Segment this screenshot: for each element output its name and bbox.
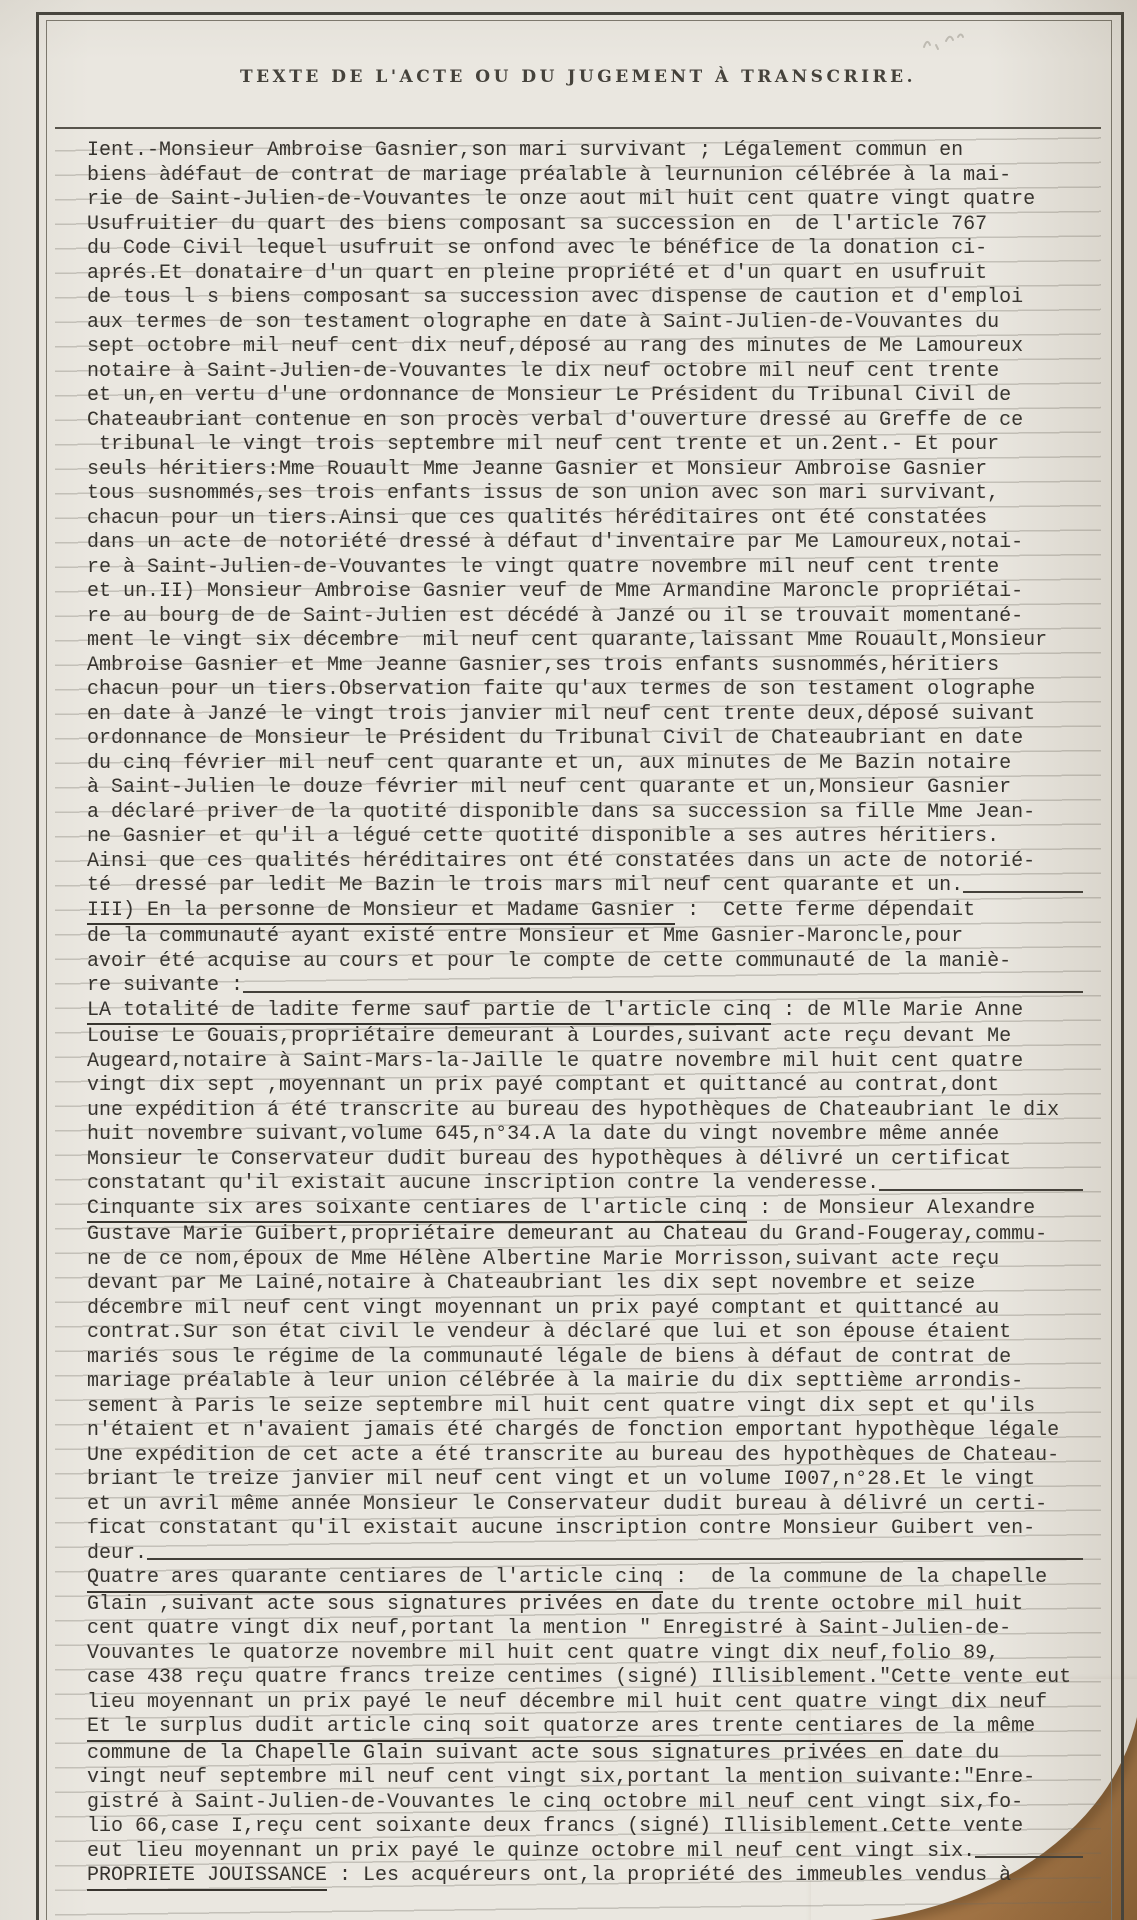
text-line: contrat.Sur son état civil le vendeur à … [87, 1321, 1083, 1346]
text-line: Quatre ares quarante centiares de l'arti… [87, 1566, 1083, 1593]
text-line: Ambroise Gasnier et Mme Jeanne Gasnier,s… [87, 654, 1083, 679]
text-line: biens àdéfaut de contrat de mariage préa… [87, 164, 1083, 189]
printed-frame-inner: TEXTE DE L'ACTE OU DU JUGEMENT À TRANSCR… [46, 20, 1112, 1920]
text-line: tribunal le vingt trois septembre mil ne… [87, 433, 1083, 458]
text-line: PROPRIETE JOUISSANCE : Les acquéreurs on… [87, 1864, 1083, 1891]
text-line: Chateaubriant contenue en son procès ver… [87, 409, 1083, 434]
text-line: de la communauté ayant existé entre Mons… [87, 925, 1083, 950]
text-line: Vouvantes le quatorze novembre mil huit … [87, 1642, 1083, 1667]
text-line: ne Gasnier et qu'il a légué cette quotit… [87, 825, 1083, 850]
text-line: sement à Paris le seize septembre mil hu… [87, 1395, 1083, 1420]
text-line: Usufruitier du quart des biens composant… [87, 213, 1083, 238]
text-line: à Saint-Julien le douze février mil neuf… [87, 776, 1083, 801]
text-line: et un.II) Monsieur Ambroise Gasnier veuf… [87, 580, 1083, 605]
text-line: tous susnommés,ses trois enfants issus d… [87, 482, 1083, 507]
text-line: mariage préalable à leur union célébrée … [87, 1370, 1083, 1395]
text-line: devant par Me Lainé,notaire à Chateaubri… [87, 1272, 1083, 1297]
text-line: gistré à Saint-Julien-de-Vouvantes le ci… [87, 1791, 1083, 1816]
text-line: vingt dix sept ,moyennant un prix payé c… [87, 1074, 1083, 1099]
text-line: aprés.Et donataire d'un quart en pleine … [87, 262, 1083, 287]
text-line: de tous l s biens composant sa successio… [87, 286, 1083, 311]
text-line: Ient.-Monsieur Ambroise Gasnier,son mari… [87, 139, 1083, 164]
text-line: Ainsi que ces qualités héréditaires ont … [87, 850, 1083, 875]
text-line: décembre mil neuf cent vingt moyennant u… [87, 1297, 1083, 1322]
text-body: Ient.-Monsieur Ambroise Gasnier,son mari… [55, 127, 1101, 1920]
text-line: seuls héritiers:Mme Rouault Mme Jeanne G… [87, 458, 1083, 483]
text-line: té dressé par ledit Me Bazin le trois ma… [87, 874, 1083, 899]
pencil-mark-icon [920, 29, 966, 60]
text-line: ne de ce nom,époux de Mme Hélène Alberti… [87, 1248, 1083, 1273]
text-line: Gustave Marie Guibert,propriétaire demeu… [87, 1223, 1083, 1248]
filler-rule [147, 1542, 1083, 1561]
text-line: mariés sous le régime de la communauté l… [87, 1346, 1083, 1371]
text-line: chacun pour un tiers.Ainsi que ces quali… [87, 507, 1083, 532]
text-line: re au bourg de de Saint-Julien est décéd… [87, 605, 1083, 630]
text-line: commune de la Chapelle Glain suivant act… [87, 1742, 1083, 1767]
text-line: ment le vingt six décembre mil neuf cent… [87, 629, 1083, 654]
text-line: case 438 reçu quatre francs treize centi… [87, 1666, 1083, 1691]
text-line: eut lieu moyennant un prix payé le quinz… [87, 1840, 1083, 1865]
text-line: rie de Saint-Julien-de-Vouvantes le onze… [87, 188, 1083, 213]
text-line: aux termes de son testament olographe en… [87, 311, 1083, 336]
text-line: constatant qu'il existait aucune inscrip… [87, 1172, 1083, 1197]
filler-rule [879, 1172, 1083, 1191]
text-line: cent quatre vingt dix neuf,portant la me… [87, 1617, 1083, 1642]
page-title: TEXTE DE L'ACTE OU DU JUGEMENT À TRANSCR… [240, 67, 916, 87]
scanned-register-page: TEXTE DE L'ACTE OU DU JUGEMENT À TRANSCR… [0, 0, 1137, 1920]
text-line: Une expédition de cet acte a été transcr… [87, 1444, 1083, 1469]
text-line: Louise Le Gouais,propriétaire demeurant … [87, 1025, 1083, 1050]
text-line: ordonnance de Monsieur le Président du T… [87, 727, 1083, 752]
text-line: re suivante : [87, 974, 1083, 999]
text-line: Augeard,notaire à Saint-Mars-la-Jaille l… [87, 1050, 1083, 1075]
text-line: chacun pour un tiers.Observation faite q… [87, 678, 1083, 703]
text-line: Glain ,suivant acte sous signatures priv… [87, 1593, 1083, 1618]
text-line: du Code Civil lequel usufruit se onfond … [87, 237, 1083, 262]
text-line: avoir été acquise au cours et pour le co… [87, 950, 1083, 975]
printed-frame: TEXTE DE L'ACTE OU DU JUGEMENT À TRANSCR… [36, 12, 1124, 1920]
text-line: et un,en vertu d'une ordonnance de Monsi… [87, 384, 1083, 409]
text-line: n'étaient et n'avaient jamais été chargé… [87, 1419, 1083, 1444]
text-line: dans un acte de notoriété dressé à défau… [87, 531, 1083, 556]
text-line: lio 66,case I,reçu cent soixante deux fr… [87, 1815, 1083, 1840]
text-line: en date à Janzé le vingt trois janvier m… [87, 703, 1083, 728]
text-line: notaire à Saint-Julien-de-Vouvantes le d… [87, 360, 1083, 385]
text-line: huit novembre suivant,volume 645,n°34.A … [87, 1123, 1083, 1148]
text-line: III) En la personne de Monsieur et Madam… [87, 899, 1083, 926]
text-line: et un avril même année Monsieur le Conse… [87, 1493, 1083, 1518]
text-line: Et le surplus dudit article cinq soit qu… [87, 1715, 1083, 1742]
text-line: une expédition á été transcrite au burea… [87, 1099, 1083, 1124]
text-line: lieu moyennant un prix payé le neuf déce… [87, 1691, 1083, 1716]
text-line: vingt neuf septembre mil neuf cent vingt… [87, 1766, 1083, 1791]
text-line: briant le treize janvier mil neuf cent v… [87, 1468, 1083, 1493]
text-line: LA totalité de ladite ferme sauf partie … [87, 999, 1083, 1026]
text-line: Cinquante six ares soixante centiares de… [87, 1197, 1083, 1224]
text-line: deur. [87, 1542, 1083, 1567]
text-line: ficat constatant qu'il existait aucune i… [87, 1517, 1083, 1542]
filler-rule [963, 874, 1083, 893]
text-line: re à Saint-Julien-de-Vouvantes le vingt … [87, 556, 1083, 581]
text-line: du cinq février mil neuf cent quarante e… [87, 752, 1083, 777]
text-line: Monsieur le Conservateur dudit bureau de… [87, 1148, 1083, 1173]
text-line: sept octobre mil neuf cent dix neuf,dépo… [87, 335, 1083, 360]
filler-rule [975, 1840, 1083, 1859]
filler-rule [243, 974, 1083, 993]
text-line: a déclaré priver de la quotité disponibl… [87, 801, 1083, 826]
